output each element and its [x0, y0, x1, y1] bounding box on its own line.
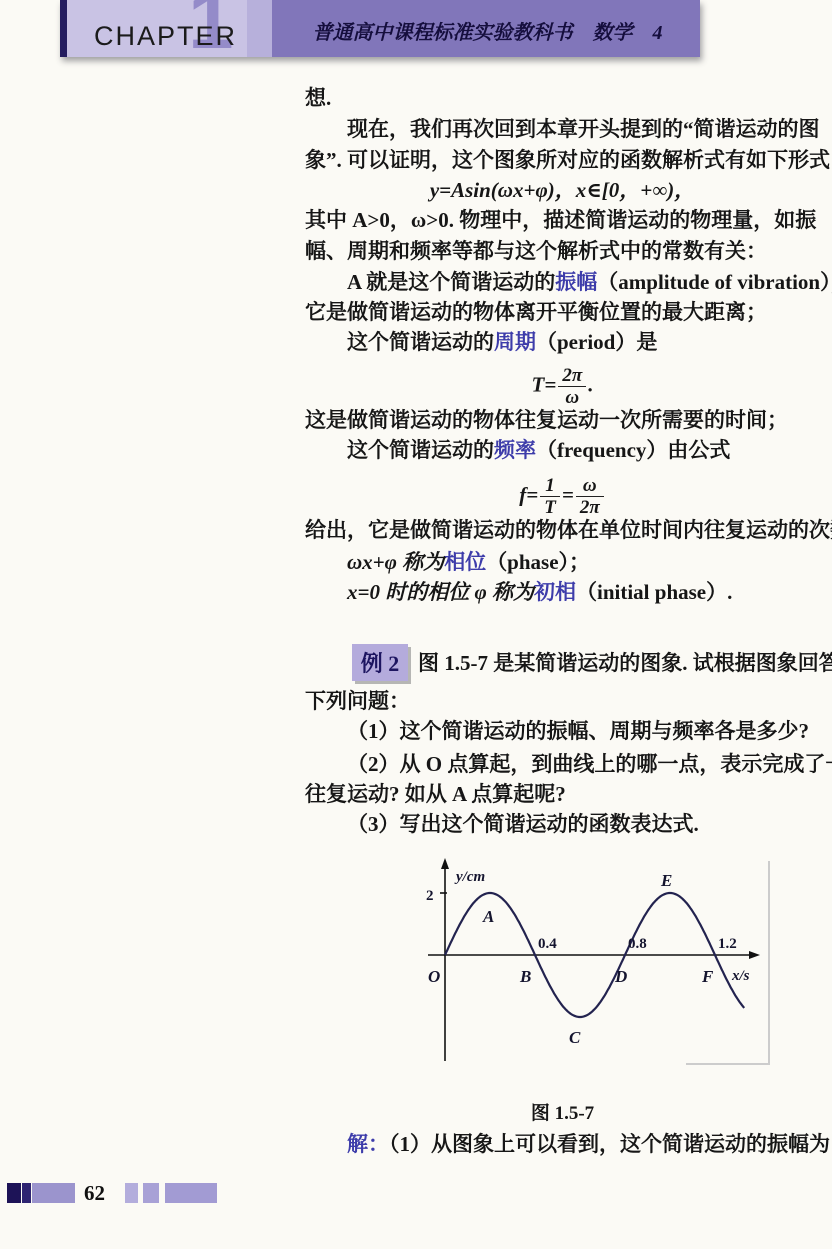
formula-lhs: f= [519, 482, 538, 506]
body-line: 它是做简谐运动的物体离开平衡位置的最大距离； [305, 299, 767, 325]
point-E: E [660, 871, 672, 890]
footer-bar [22, 1183, 31, 1203]
textbook-page: { "header": { "chapter_label": "CHAPTER"… [0, 0, 832, 1249]
text-pre: ωx+φ 称为 [347, 550, 444, 574]
book-title: 普通高中课程标准实验教科书 数学 4 [275, 16, 700, 45]
example-question-1: （1）这个简谐运动的振幅、周期与频率各是多少? [347, 718, 809, 744]
example-question-3: （3）写出这个简谐运动的函数表达式. [347, 811, 699, 837]
text-pre: 这个简谐运动的 [347, 330, 494, 354]
solution-keyword: 解： [347, 1132, 389, 1156]
formula-tail: . [588, 372, 593, 396]
sine-graph-svg: y/cm x/s 2 0.4 0.8 1.2 O A B C D E F [412, 856, 782, 1068]
example-intro: 图 1.5-7 是某简谐运动的图象. 试根据图象回答 [418, 650, 832, 676]
figure-sine-graph: y/cm x/s 2 0.4 0.8 1.2 O A B C D E F [412, 856, 782, 1068]
text-post: （amplitude of vibration）， [597, 270, 832, 294]
footer-bar [143, 1183, 159, 1203]
numerator: 1 [540, 475, 560, 497]
denominator: 2π [576, 497, 604, 518]
point-O: O [428, 967, 440, 986]
y-axis-label: y/cm [454, 869, 485, 885]
denominator: ω [558, 387, 586, 408]
body-line: 这是做简谐运动的物体往复运动一次所需要的时间； [305, 407, 788, 433]
chapter-label: CHAPTER [94, 21, 237, 52]
x-axis-arrow [749, 951, 760, 959]
formula-lhs: T= [532, 372, 557, 396]
body-line: 想. [305, 85, 331, 111]
x-tick-0.4: 0.4 [538, 936, 557, 952]
initial-phase-line: x=0 时的相位 φ 称为初相（initial phase）. [347, 579, 732, 605]
text-pre: A 就是这个简谐运动的 [347, 270, 555, 294]
frequency-line: 这个简谐运动的频率（frequency）由公式 [347, 437, 730, 463]
x-tick-1.2: 1.2 [718, 936, 737, 952]
point-D: D [614, 967, 627, 986]
chapter-header: 1 CHAPTER 普通高中课程标准实验教科书 数学 4 [60, 0, 700, 57]
keyword-amplitude: 振幅 [555, 270, 597, 294]
body-line: 幅、周期和频率等都与这个解析式中的常数有关： [305, 238, 767, 264]
body-line: 其中 A>0，ω>0. 物理中，描述简谐运动的物理量，如振 [305, 207, 816, 233]
example-intro: 下列问题： [305, 688, 410, 714]
body-line: 象”. 可以证明，这个图象所对应的函数解析式有如下形式： [305, 147, 832, 173]
text-pre: x=0 时的相位 φ 称为 [347, 580, 534, 604]
formula-f: f=1T=ω2π [305, 475, 820, 518]
example-question-2: （2）从 O 点算起，到曲线上的哪一点，表示完成了一次 [347, 751, 832, 777]
keyword-phase: 相位 [444, 550, 486, 574]
point-C: C [569, 1028, 581, 1047]
example-question-2-cont: 往复运动? 如从 A 点算起呢? [305, 781, 566, 807]
x-tick-0.8: 0.8 [628, 936, 647, 952]
footer-bar [7, 1183, 21, 1203]
point-A: A [482, 907, 494, 926]
denominator: T [540, 497, 560, 518]
figure-caption: 图 1.5-7 [305, 1098, 820, 1125]
period-line: 这个简谐运动的周期（period）是 [347, 329, 657, 355]
fraction: 2πω [558, 365, 586, 408]
footer-bar [165, 1183, 217, 1203]
fraction: 1T [540, 475, 560, 518]
solution-line: 解：（1）从图象上可以看到，这个简谐运动的振幅为 [347, 1131, 830, 1157]
text-post: （initial phase）. [576, 580, 732, 604]
text-post: （period）是 [536, 330, 657, 354]
body-line: 给出，它是做简谐运动的物体在单位时间内往复运动的次数； [305, 517, 832, 543]
body-line: 现在，我们再次回到本章开头提到的“简谐运动的图 [347, 116, 820, 142]
point-B: B [519, 967, 531, 986]
keyword-period: 周期 [494, 330, 536, 354]
point-F: F [701, 967, 714, 986]
footer-bar [32, 1183, 75, 1203]
numerator: 2π [558, 365, 586, 387]
equals-sign: = [562, 482, 574, 506]
amplitude-line: A 就是这个简谐运动的振幅（amplitude of vibration）， [347, 269, 832, 295]
numerator: ω [576, 475, 604, 497]
footer-bar [125, 1183, 138, 1203]
page-number: 62 [84, 1181, 105, 1206]
formula-y: y=Asin(ωx+φ)，x∈[0，+∞)， [305, 177, 820, 203]
keyword-frequency: 频率 [494, 438, 536, 462]
keyword-initial-phase: 初相 [534, 580, 576, 604]
formula-T: T=2πω. [305, 365, 820, 408]
header-dark-strip [60, 0, 67, 57]
text-post: （phase）； [486, 550, 590, 574]
y-axis-arrow [441, 858, 449, 869]
fraction: ω2π [576, 475, 604, 518]
text-post: （frequency）由公式 [536, 438, 730, 462]
x-axis-label: x/s [731, 968, 750, 984]
text-pre: 这个简谐运动的 [347, 438, 494, 462]
solution-text: （1）从图象上可以看到，这个简谐运动的振幅为 [389, 1132, 830, 1156]
y-tick-2: 2 [426, 888, 434, 904]
example-badge: 例 2 [352, 644, 408, 681]
phase-line: ωx+φ 称为相位（phase）； [347, 549, 590, 575]
